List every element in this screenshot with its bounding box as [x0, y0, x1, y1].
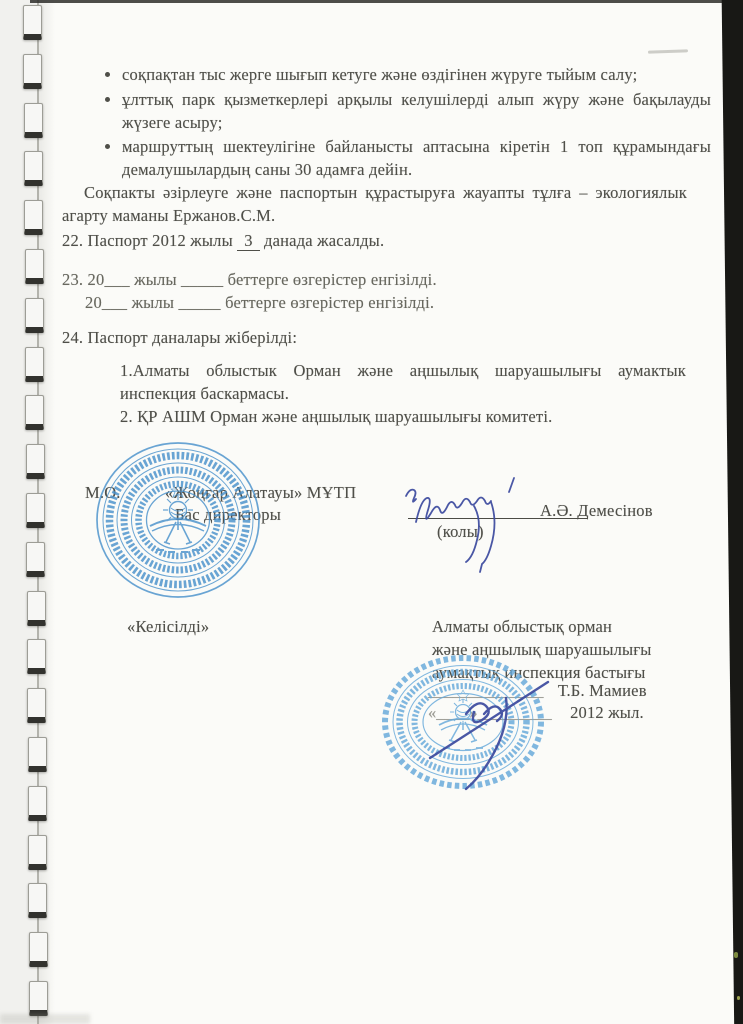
year-label: 2012 жыл. — [570, 703, 644, 722]
item-24-heading: 24. Паспорт даналары жіберілді: — [62, 326, 297, 349]
inspector-name: Т.Б. Мамиев — [558, 681, 647, 700]
binding-tab — [27, 639, 46, 674]
binding-tab — [29, 932, 48, 967]
official-seal-stamp-top — [92, 438, 264, 602]
binding-tab — [26, 444, 45, 479]
binding-tab — [25, 298, 44, 333]
director-name: А.Ә. Демесінов — [540, 499, 653, 522]
item-22-prefix: 22. Паспорт 2012 жылы — [62, 231, 233, 250]
binding-tab — [25, 347, 44, 382]
binding-tab — [25, 395, 44, 430]
item-23-line1: 23. 20___ жылы _____ беттерге өзгерістер… — [62, 268, 437, 291]
item-23-line2: 20___ жылы _____ беттерге өзгерістер енг… — [85, 291, 434, 314]
copies-count: 3 — [237, 231, 259, 251]
recipient-1: 1.Алматы облыстык Орман және аңшылық шар… — [120, 359, 686, 405]
director-signature-ink — [398, 466, 538, 566]
binding-tab — [28, 737, 47, 772]
recipient-2: 2. ҚР АШМ Орман және аңшылық шаруашылығы… — [120, 405, 552, 428]
binding-tab — [28, 835, 47, 870]
binding-tab — [26, 542, 45, 577]
binding-tab — [29, 981, 48, 1016]
item-22: 22. Паспорт 2012 жылы 3 данада жасалды. — [62, 229, 384, 252]
item-22-suffix: данада жасалды. — [264, 231, 384, 250]
binding-tab — [23, 5, 42, 40]
binding-tab — [26, 493, 45, 528]
responsible-person-paragraph: Соқпакты әзірлеуге және паспортын құраст… — [62, 181, 687, 227]
scanned-document-page: соқпақтан тыс жерге шығып кетуге және өз… — [0, 0, 743, 1024]
agreed-org-line1: Алматы облыстық орман — [432, 615, 612, 638]
scan-corner-shadow — [0, 1014, 90, 1024]
binding-tab — [24, 103, 43, 138]
scan-top-edge — [30, 0, 743, 3]
scan-speck — [734, 952, 738, 958]
agreed-label: «Келісілді» — [127, 615, 209, 638]
bullet-item: ұлттық парк қызметкерлері арқылы келушіл… — [122, 88, 711, 134]
bullet-item: маршруттың шектеулігіне байланысты аптас… — [122, 135, 711, 181]
scan-right-edge — [717, 0, 743, 1024]
bullet-item: соқпақтан тыс жерге шығып кетуге және өз… — [122, 63, 711, 86]
restriction-bullet-list: соқпақтан тыс жерге шығып кетуге және өз… — [98, 63, 711, 183]
binding-tab — [27, 591, 46, 626]
binding-tab — [28, 883, 47, 918]
binding-tab — [24, 200, 43, 235]
binding-tab — [23, 54, 42, 89]
scan-smudge — [648, 49, 688, 53]
binding-tab — [28, 786, 47, 821]
binding-tab — [24, 151, 43, 186]
inspector-signature-ink — [408, 658, 568, 818]
scan-speck — [737, 996, 740, 1000]
binding-tab — [25, 249, 44, 284]
binding-tab — [27, 688, 46, 723]
